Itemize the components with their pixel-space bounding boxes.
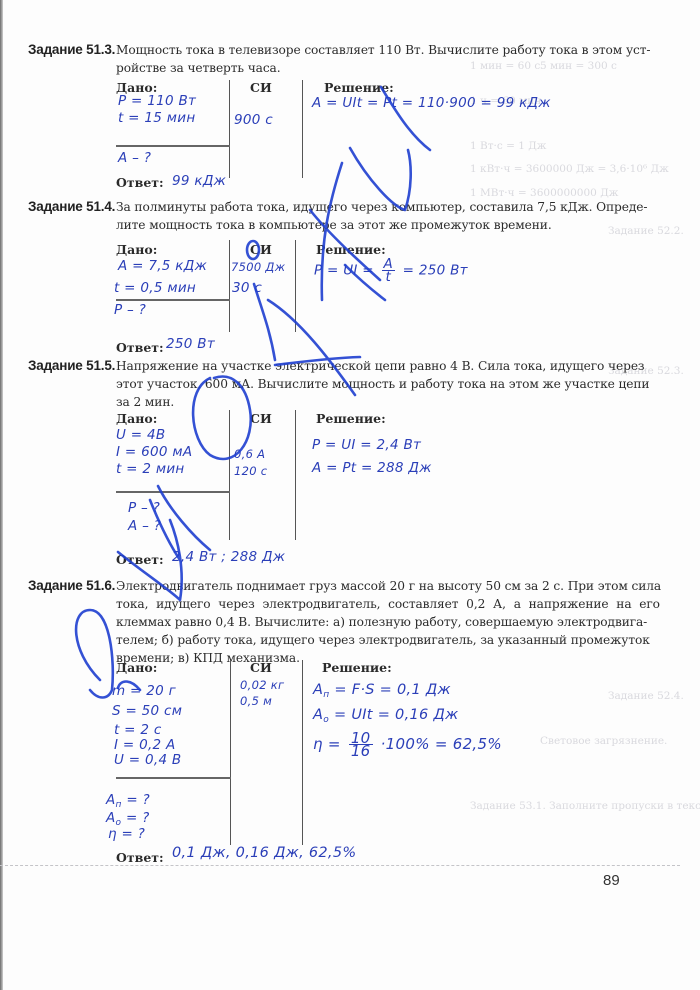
workbook-page: 1 мин = 60 с 5 мин = 300 с 1 ч = 60 мин …	[0, 0, 700, 990]
given-value: A = 7,5 кДж	[118, 258, 207, 274]
find-symbol: A	[106, 792, 116, 808]
bleed-through-text: Световое загрязнение.	[540, 735, 667, 747]
bleed-through-text: Задание 53.1. Заполните пропуски в текст…	[470, 800, 700, 812]
solution-line: A = Pt = 288 Дж	[312, 460, 432, 476]
given-value: t = 0,5 мин	[114, 280, 196, 296]
answer-label: Ответ:	[116, 850, 164, 865]
solution-symbol: A	[313, 707, 323, 723]
solution-prefix: P = UI =	[314, 263, 374, 279]
given-value: S = 50 см	[112, 703, 182, 719]
scan-edge-shadow	[0, 0, 3, 990]
find-value: P – ?	[114, 302, 146, 318]
answer-label: Ответ:	[116, 340, 164, 355]
given-value: t = 15 мин	[118, 110, 195, 126]
solution-line: P = UI = A t = 250 Вт	[314, 258, 468, 283]
given-find-separator	[116, 299, 230, 301]
find-symbol: η	[108, 826, 117, 842]
given-value: I = 0,2 А	[114, 737, 176, 753]
solution-line: η = 10 16 ·100% = 62,5%	[313, 732, 502, 757]
table-divider	[302, 660, 303, 845]
table-divider	[295, 240, 296, 332]
task-text-line: За полминуты работа тока, идущего через …	[116, 200, 647, 214]
page-number: 89	[603, 872, 620, 889]
task-text-line: Электродвигатель поднимает груз массой 2…	[116, 579, 661, 593]
find-rest: = ?	[117, 826, 145, 842]
fraction: A t	[382, 258, 396, 283]
solution-heading: Решение:	[316, 411, 386, 426]
bleed-through-text: 1 Вт·с = 1 Дж	[470, 140, 546, 152]
given-find-separator	[116, 777, 231, 779]
find-value: Aп = ?	[106, 792, 150, 810]
find-value: P – ?	[128, 500, 160, 516]
given-heading: Дано:	[116, 242, 157, 257]
given-value: m = 20 г	[112, 683, 176, 699]
table-divider	[229, 240, 230, 332]
given-value: U = 4В	[116, 427, 165, 443]
solution-rest: = UIt = 0,16 Дж	[329, 707, 458, 723]
task-label: Задание 51.5.	[28, 358, 115, 373]
solution-symbol: A	[313, 682, 323, 698]
solution-prefix: η =	[313, 735, 341, 753]
task-text-line: за 2 мин.	[116, 395, 174, 409]
task-text-line: Напряжение на участке электрической цепи…	[116, 359, 644, 373]
task-text-line: телем; б) работу тока, идущего через эле…	[116, 633, 650, 647]
si-heading: СИ	[250, 80, 272, 95]
fraction-denominator: 16	[351, 745, 371, 757]
find-value: A – ?	[118, 150, 151, 166]
answer-value: 99 кДж	[172, 173, 226, 189]
answer-label: Ответ:	[116, 175, 164, 190]
solution-line: P = UI = 2,4 Вт	[312, 437, 421, 453]
si-value: 0,5 м	[240, 694, 272, 708]
solution-line: A = UIt = Pt = 110·900 = 99 кДж	[312, 95, 551, 111]
given-heading: Дано:	[116, 660, 157, 675]
bleed-through-text: Задание 52.2.	[608, 225, 684, 237]
solution-suffix: ·100% = 62,5%	[381, 735, 502, 753]
find-rest: = ?	[122, 792, 150, 808]
solution-line: Aп = F·S = 0,1 Дж	[313, 682, 451, 700]
find-symbol: A	[106, 810, 116, 826]
task-text-line: Мощность тока в телевизоре составляет 11…	[116, 43, 650, 57]
given-value: t = 2 мин	[116, 461, 185, 477]
solution-suffix: = 250 Вт	[403, 263, 468, 279]
si-value: 0,6 А	[234, 447, 265, 461]
page-bottom-dashed-rule	[0, 865, 680, 866]
solution-heading: Решение:	[322, 660, 392, 675]
si-heading: СИ	[250, 242, 272, 257]
si-value: 7500 Дж	[231, 260, 285, 274]
si-value: 0,02 кг	[240, 678, 284, 692]
task-text-line: тока, идущего через электродвигатель, со…	[116, 597, 660, 611]
find-rest: = ?	[121, 810, 149, 826]
pen-scribble-watermark	[0, 0, 700, 990]
si-value: 120 с	[234, 464, 267, 478]
find-value: η = ?	[108, 826, 145, 844]
solution-rest: = F·S = 0,1 Дж	[329, 682, 450, 698]
si-value: 900 с	[234, 112, 273, 128]
answer-value: 250 Вт	[166, 336, 215, 352]
table-divider	[295, 410, 296, 540]
task-text-line: лите мощность тока в компьютере за этот …	[116, 218, 552, 232]
given-value: t = 2 с	[114, 722, 162, 738]
answer-value: 2,4 Вт ; 288 Дж	[172, 549, 285, 565]
given-find-separator	[116, 491, 230, 493]
given-heading: Дано:	[116, 411, 157, 426]
task-text-line: ройстве за четверть часа.	[116, 61, 281, 75]
bleed-through-text: 1 МВт·ч = 3600000000 Дж	[470, 187, 618, 199]
si-value: 30 с	[232, 280, 262, 296]
solution-line: Aо = UIt = 0,16 Дж	[313, 707, 458, 725]
fraction: 10 16	[349, 732, 373, 757]
given-find-separator	[116, 145, 230, 147]
si-heading: СИ	[250, 411, 272, 426]
task-text-line: этот участок, 600 мА. Вычислите мощность…	[116, 377, 649, 391]
bleed-through-text: 5 мин = 300 с	[540, 60, 617, 72]
task-label: Задание 51.6.	[28, 578, 115, 593]
solution-heading: Решение:	[324, 80, 394, 95]
task-text-line: клеммах равно 0,4 В. Вычислите: а) полез…	[116, 615, 647, 629]
si-heading: СИ	[250, 660, 272, 675]
solution-heading: Решение:	[316, 242, 386, 257]
table-divider	[229, 410, 230, 540]
bleed-through-text: Задание 52.4.	[608, 690, 684, 702]
answer-label: Ответ:	[116, 552, 164, 567]
bleed-through-text: 1 мин = 60 с	[470, 60, 540, 72]
given-value: P = 110 Вт	[118, 93, 196, 109]
find-value: A – ?	[128, 518, 161, 534]
bleed-through-text: 1 кВт·ч = 3600000 Дж = 3,6·10⁶ Дж	[470, 163, 669, 175]
answer-value: 0,1 Дж, 0,16 Дж, 62,5%	[172, 845, 356, 861]
task-label: Задание 51.3.	[28, 42, 115, 57]
table-divider	[302, 80, 303, 178]
table-divider	[230, 660, 231, 845]
fraction-denominator: t	[385, 271, 391, 283]
table-divider	[229, 80, 230, 178]
task-label: Задание 51.4.	[28, 199, 115, 214]
given-value: I = 600 мА	[116, 444, 192, 460]
given-value: U = 0,4 В	[114, 752, 182, 768]
